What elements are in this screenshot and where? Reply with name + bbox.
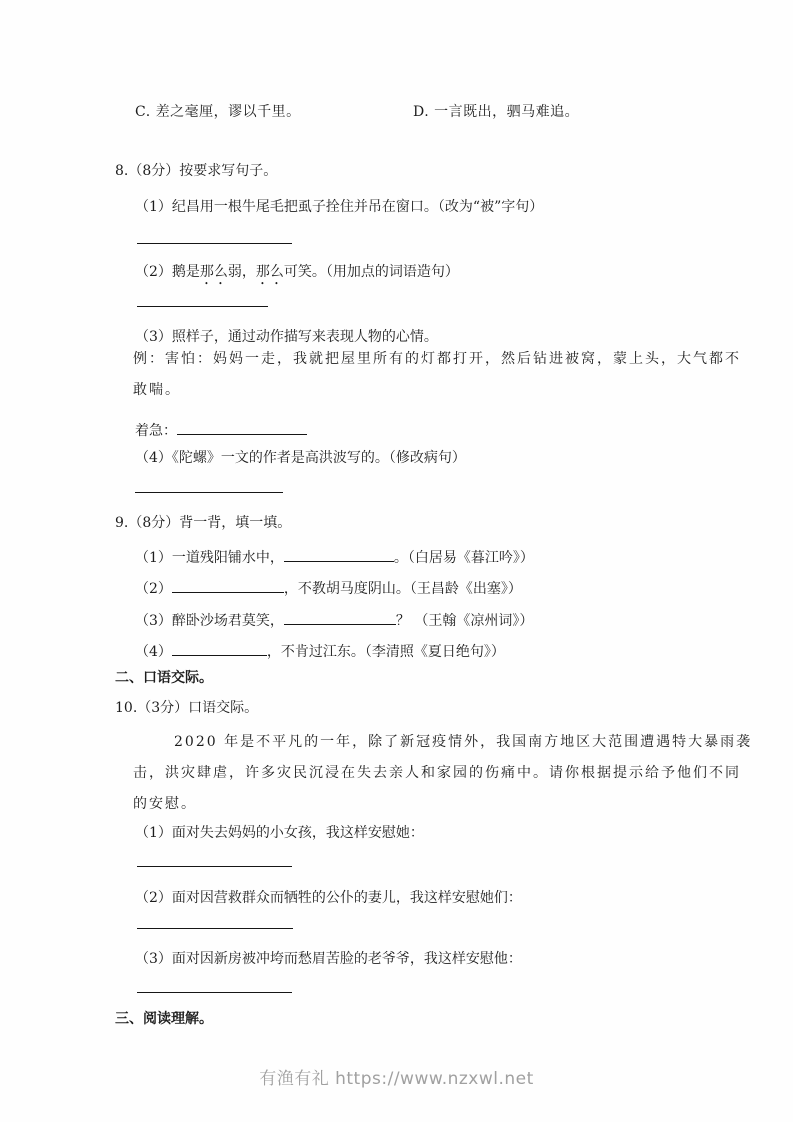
verse-source: ，不肯过江东。（李清照《夏日绝句》） [267, 644, 505, 660]
answer-blank-inline [177, 419, 307, 435]
option-c: C. 差之毫厘，谬以千里。 [135, 102, 301, 122]
answer-blank-line [137, 304, 268, 307]
exam-paper-page: C. 差之毫厘，谬以千里。 D. 一言既出，驷马难追。 8.（8分）按要求写句子… [0, 0, 793, 1122]
example-line-2: 敢喘。 [133, 382, 181, 398]
answer-blank-inline [284, 609, 396, 625]
answer-blank-line [137, 241, 292, 244]
question-8-item-4: （4）《陀螺》一文的作者是高洪波写的。（修改病句） [135, 448, 466, 468]
question-10-item-2: （2）面对因营救群众而牺牲的公仆的妻儿，我这样安慰她们： [135, 888, 522, 908]
verse-text: （1）一道残阳铺水中， [135, 550, 284, 566]
emphasized-word: 那么 [256, 264, 284, 280]
answer-blank-inline [172, 577, 284, 593]
emphasized-word: 那么 [200, 264, 228, 280]
site-watermark: 有渔有礼 https://www.nzxwl.net [0, 1064, 793, 1089]
anxious-prompt: 着急： [135, 419, 307, 441]
question-10-header: 10.（3分）口语交际。 [115, 698, 258, 718]
question-9-item-1: （1）一道残阳铺水中，。（白居易《暮江吟》） [135, 546, 534, 568]
question-10-item-1: （1）面对失去妈妈的小女孩，我这样安慰她： [135, 823, 424, 843]
answer-blank-line [137, 926, 293, 929]
answer-blank-line [137, 864, 292, 867]
answer-blank-line [135, 490, 283, 493]
answer-blank-line [137, 990, 292, 993]
question-9-item-4: （4），不肯过江东。（李清照《夏日绝句》） [135, 640, 505, 662]
verse-text: （3）醉卧沙场君莫笑， [135, 613, 284, 629]
question-9-item-3: （3）醉卧沙场君莫笑，？ （王翰《凉州词》） [135, 609, 533, 631]
question-8-item-1: （1）纪昌用一根牛尾毛把虱子拴住并吊在窗口。（改为“被”字句） [135, 197, 543, 217]
section-3-heading: 三、阅读理解。 [115, 1009, 213, 1029]
paragraph-line-2: 击，洪灾肆虐，许多灾民沉浸在失去亲人和家园的伤痛中。请你根据提示给予他们不同 [133, 765, 741, 781]
item-2-text: 弱， [228, 264, 256, 280]
question-9-header: 9.（8分）背一背，填一填。 [115, 513, 291, 533]
option-d: D. 一言既出，驷马难追。 [413, 102, 579, 122]
example-line-1: 例：害怕：妈妈一走，我就把屋里所有的灯都打开，然后钻进被窝，蒙上头，大气都不 [133, 351, 741, 367]
question-10-paragraph: 2020 年是不平凡的一年，除了新冠疫情外，我国南方地区大范围遭遇特大暴雨袭 击… [133, 727, 753, 820]
paragraph-line-1: 2020 年是不平凡的一年，除了新冠疫情外，我国南方地区大范围遭遇特大暴雨袭 [174, 734, 752, 750]
question-8-header: 8.（8分）按要求写句子。 [115, 161, 277, 181]
verse-text: （4） [135, 644, 172, 660]
verse-source: ？ （王翰《凉州词》） [396, 613, 533, 629]
answer-blank-inline [172, 640, 267, 656]
verse-source: 。（白居易《暮江吟》） [394, 550, 534, 566]
paragraph-line-3: 的安慰。 [133, 796, 197, 812]
section-2-heading: 二、口语交际。 [115, 668, 213, 688]
anxious-label: 着急： [135, 423, 177, 439]
question-9-item-2: （2），不教胡马度阴山。（王昌龄《出塞》） [135, 577, 522, 599]
item-2-text: （2）鹅是 [135, 264, 200, 280]
question-8-example: 例：害怕：妈妈一走，我就把屋里所有的灯都打开，然后钻进被窝，蒙上头，大气都不 敢… [133, 344, 753, 406]
question-10-item-3: （3）面对因新房被冲垮而愁眉苦脸的老爷爷，我这样安慰他： [135, 949, 522, 969]
verse-source: ，不教胡马度阴山。（王昌龄《出塞》） [284, 581, 522, 597]
item-2-text: 可笑。（用加点的词语造句） [284, 264, 459, 280]
question-8-item-2: （2）鹅是那么弱，那么可笑。（用加点的词语造句） [135, 262, 459, 288]
verse-text: （2） [135, 581, 172, 597]
answer-blank-inline [284, 546, 394, 562]
